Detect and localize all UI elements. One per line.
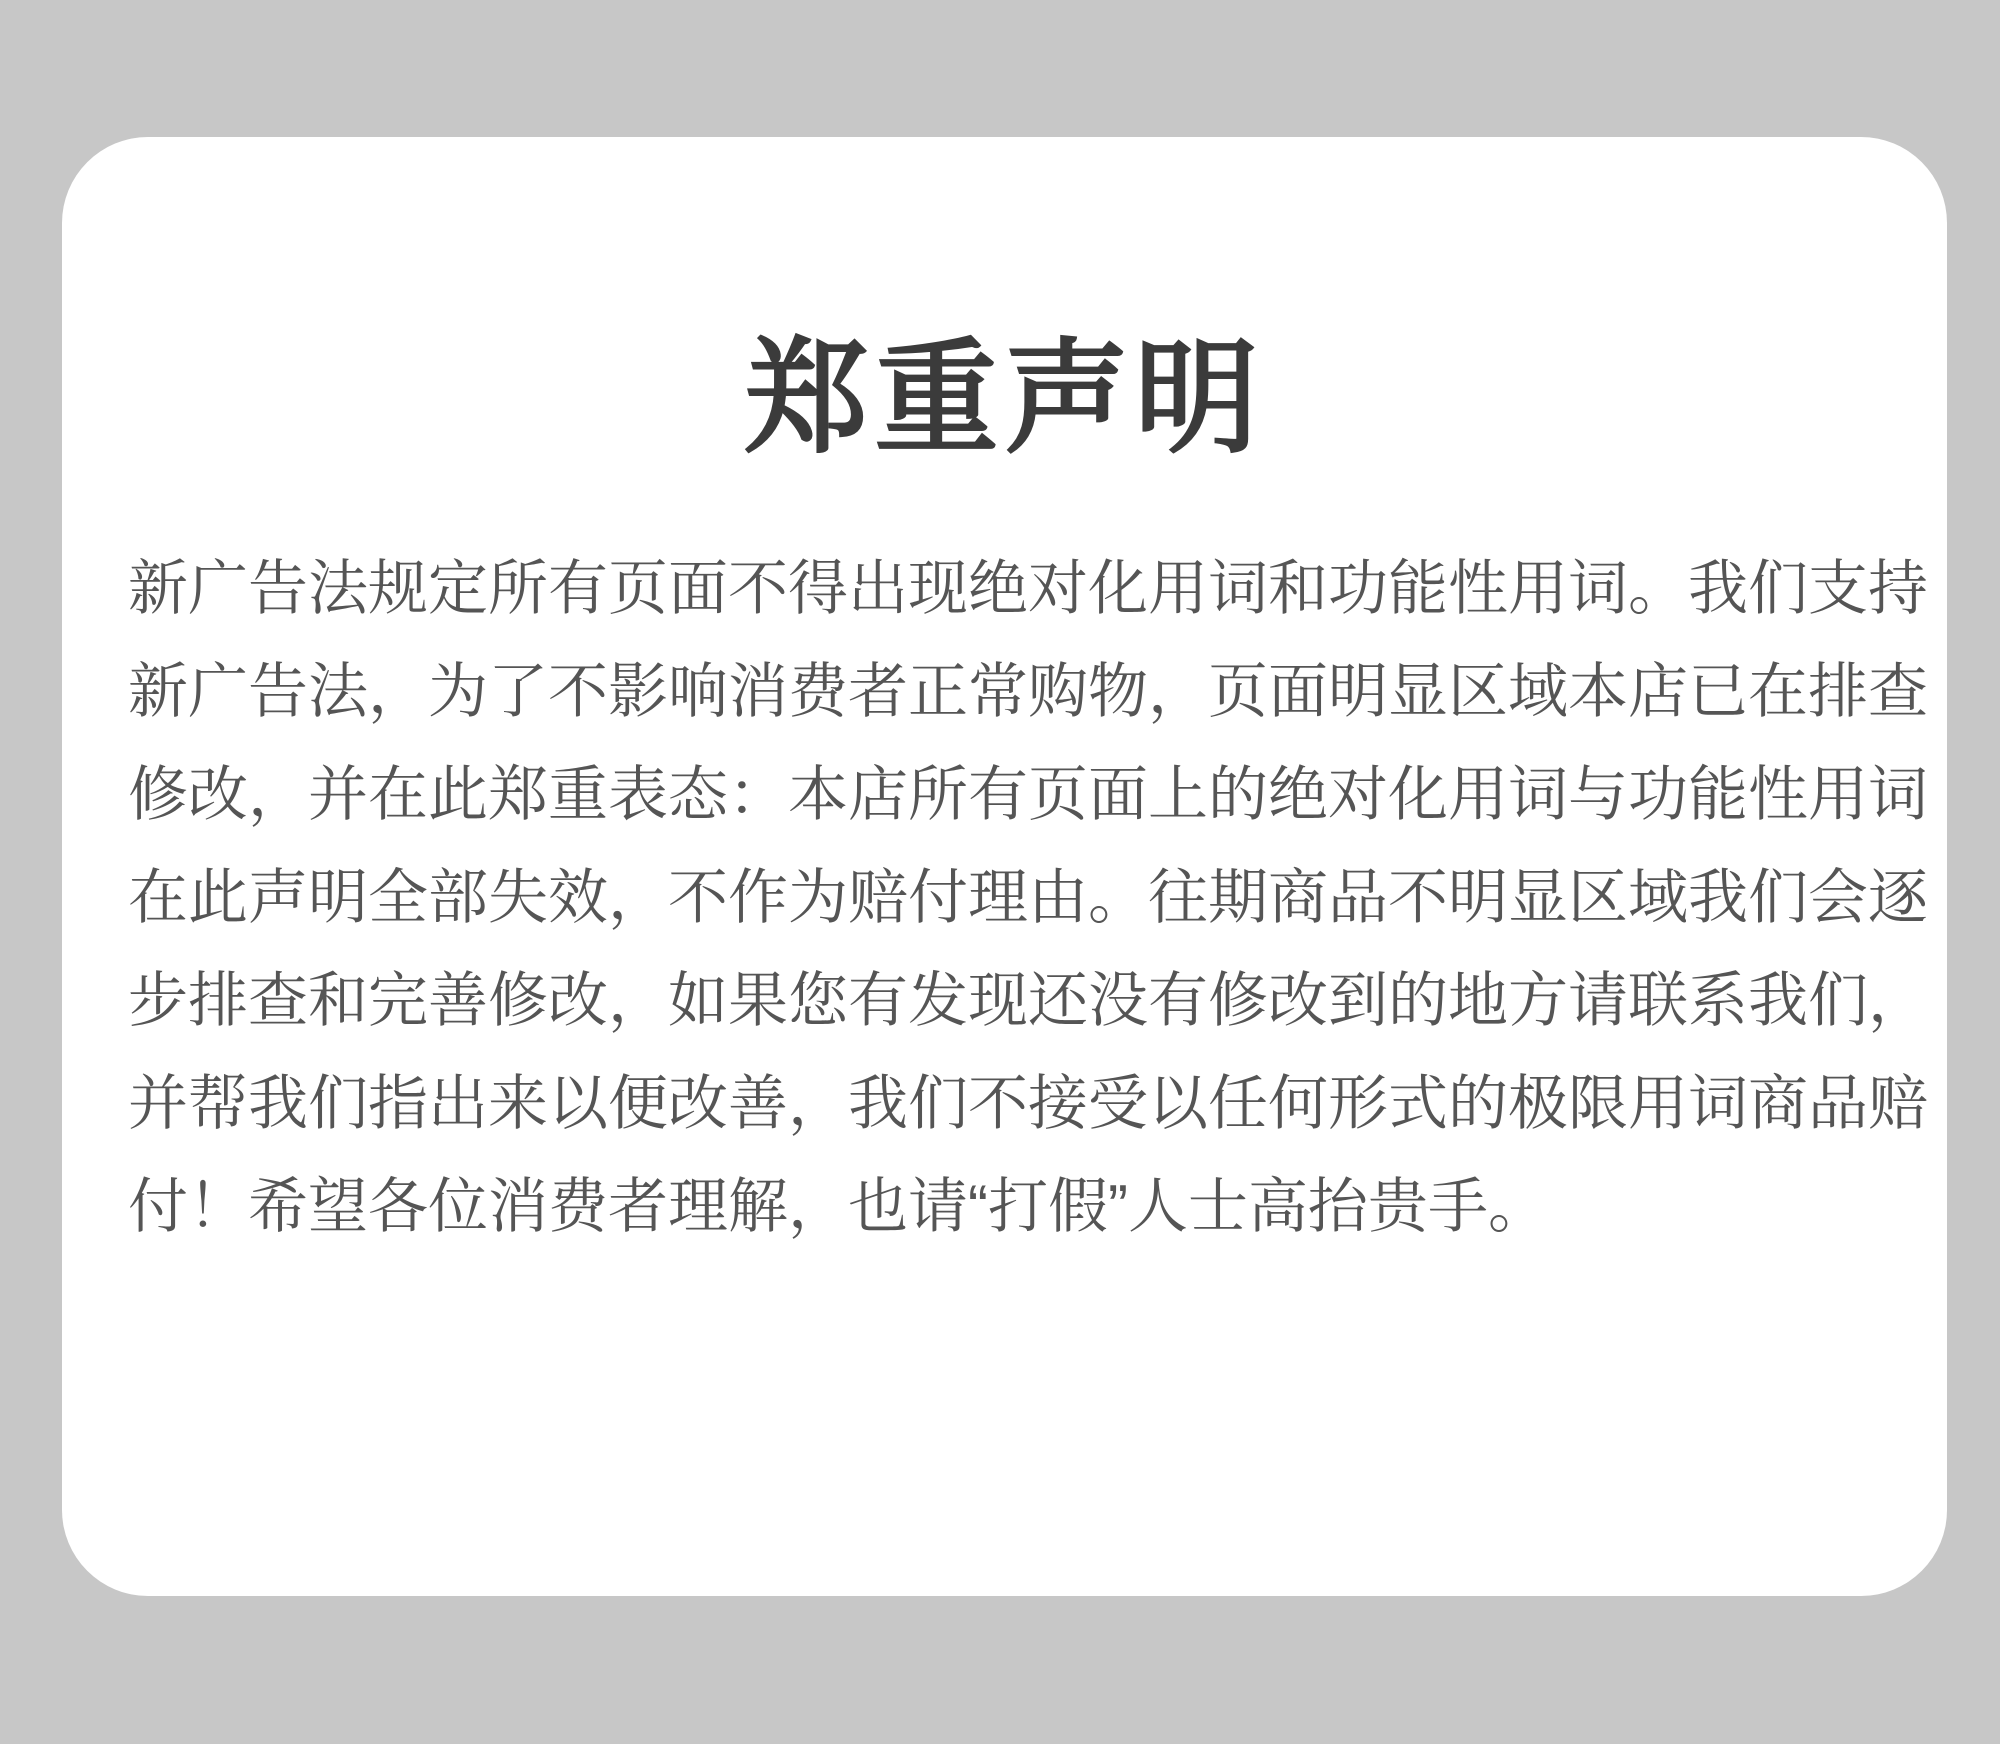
statement-card: 郑重声明 新广告法规定所有页面不得出现绝对化用词和功能性用词。我们支持 新广告法… [62, 137, 1947, 1596]
statement-body: 新广告法规定所有页面不得出现绝对化用词和功能性用词。我们支持 新广告法，为了不影… [128, 537, 1887, 1258]
page-background: { "colors": { "page_bg": "#c7c7c7", "car… [0, 0, 2000, 1744]
statement-body-line: 并帮我们指出来以便改善，我们不接受以任何形式的极限用词商品赔 [128, 1052, 1887, 1155]
statement-body-line: 付！希望各位消费者理解，也请“打假”人士高抬贵手。 [128, 1155, 1887, 1258]
statement-body-line: 在此声明全部失效，不作为赔付理由。往期商品不明显区域我们会逐 [128, 846, 1887, 949]
statement-body-line: 修改，并在此郑重表态：本店所有页面上的绝对化用词与功能性用词 [128, 743, 1887, 846]
statement-body-line: 新广告法规定所有页面不得出现绝对化用词和功能性用词。我们支持 [128, 537, 1887, 640]
statement-title: 郑重声明 [62, 337, 1947, 461]
statement-body-line: 新广告法，为了不影响消费者正常购物，页面明显区域本店已在排查 [128, 640, 1887, 743]
statement-body-line: 步排查和完善修改，如果您有发现还没有修改到的地方请联系我们， [128, 949, 1887, 1052]
